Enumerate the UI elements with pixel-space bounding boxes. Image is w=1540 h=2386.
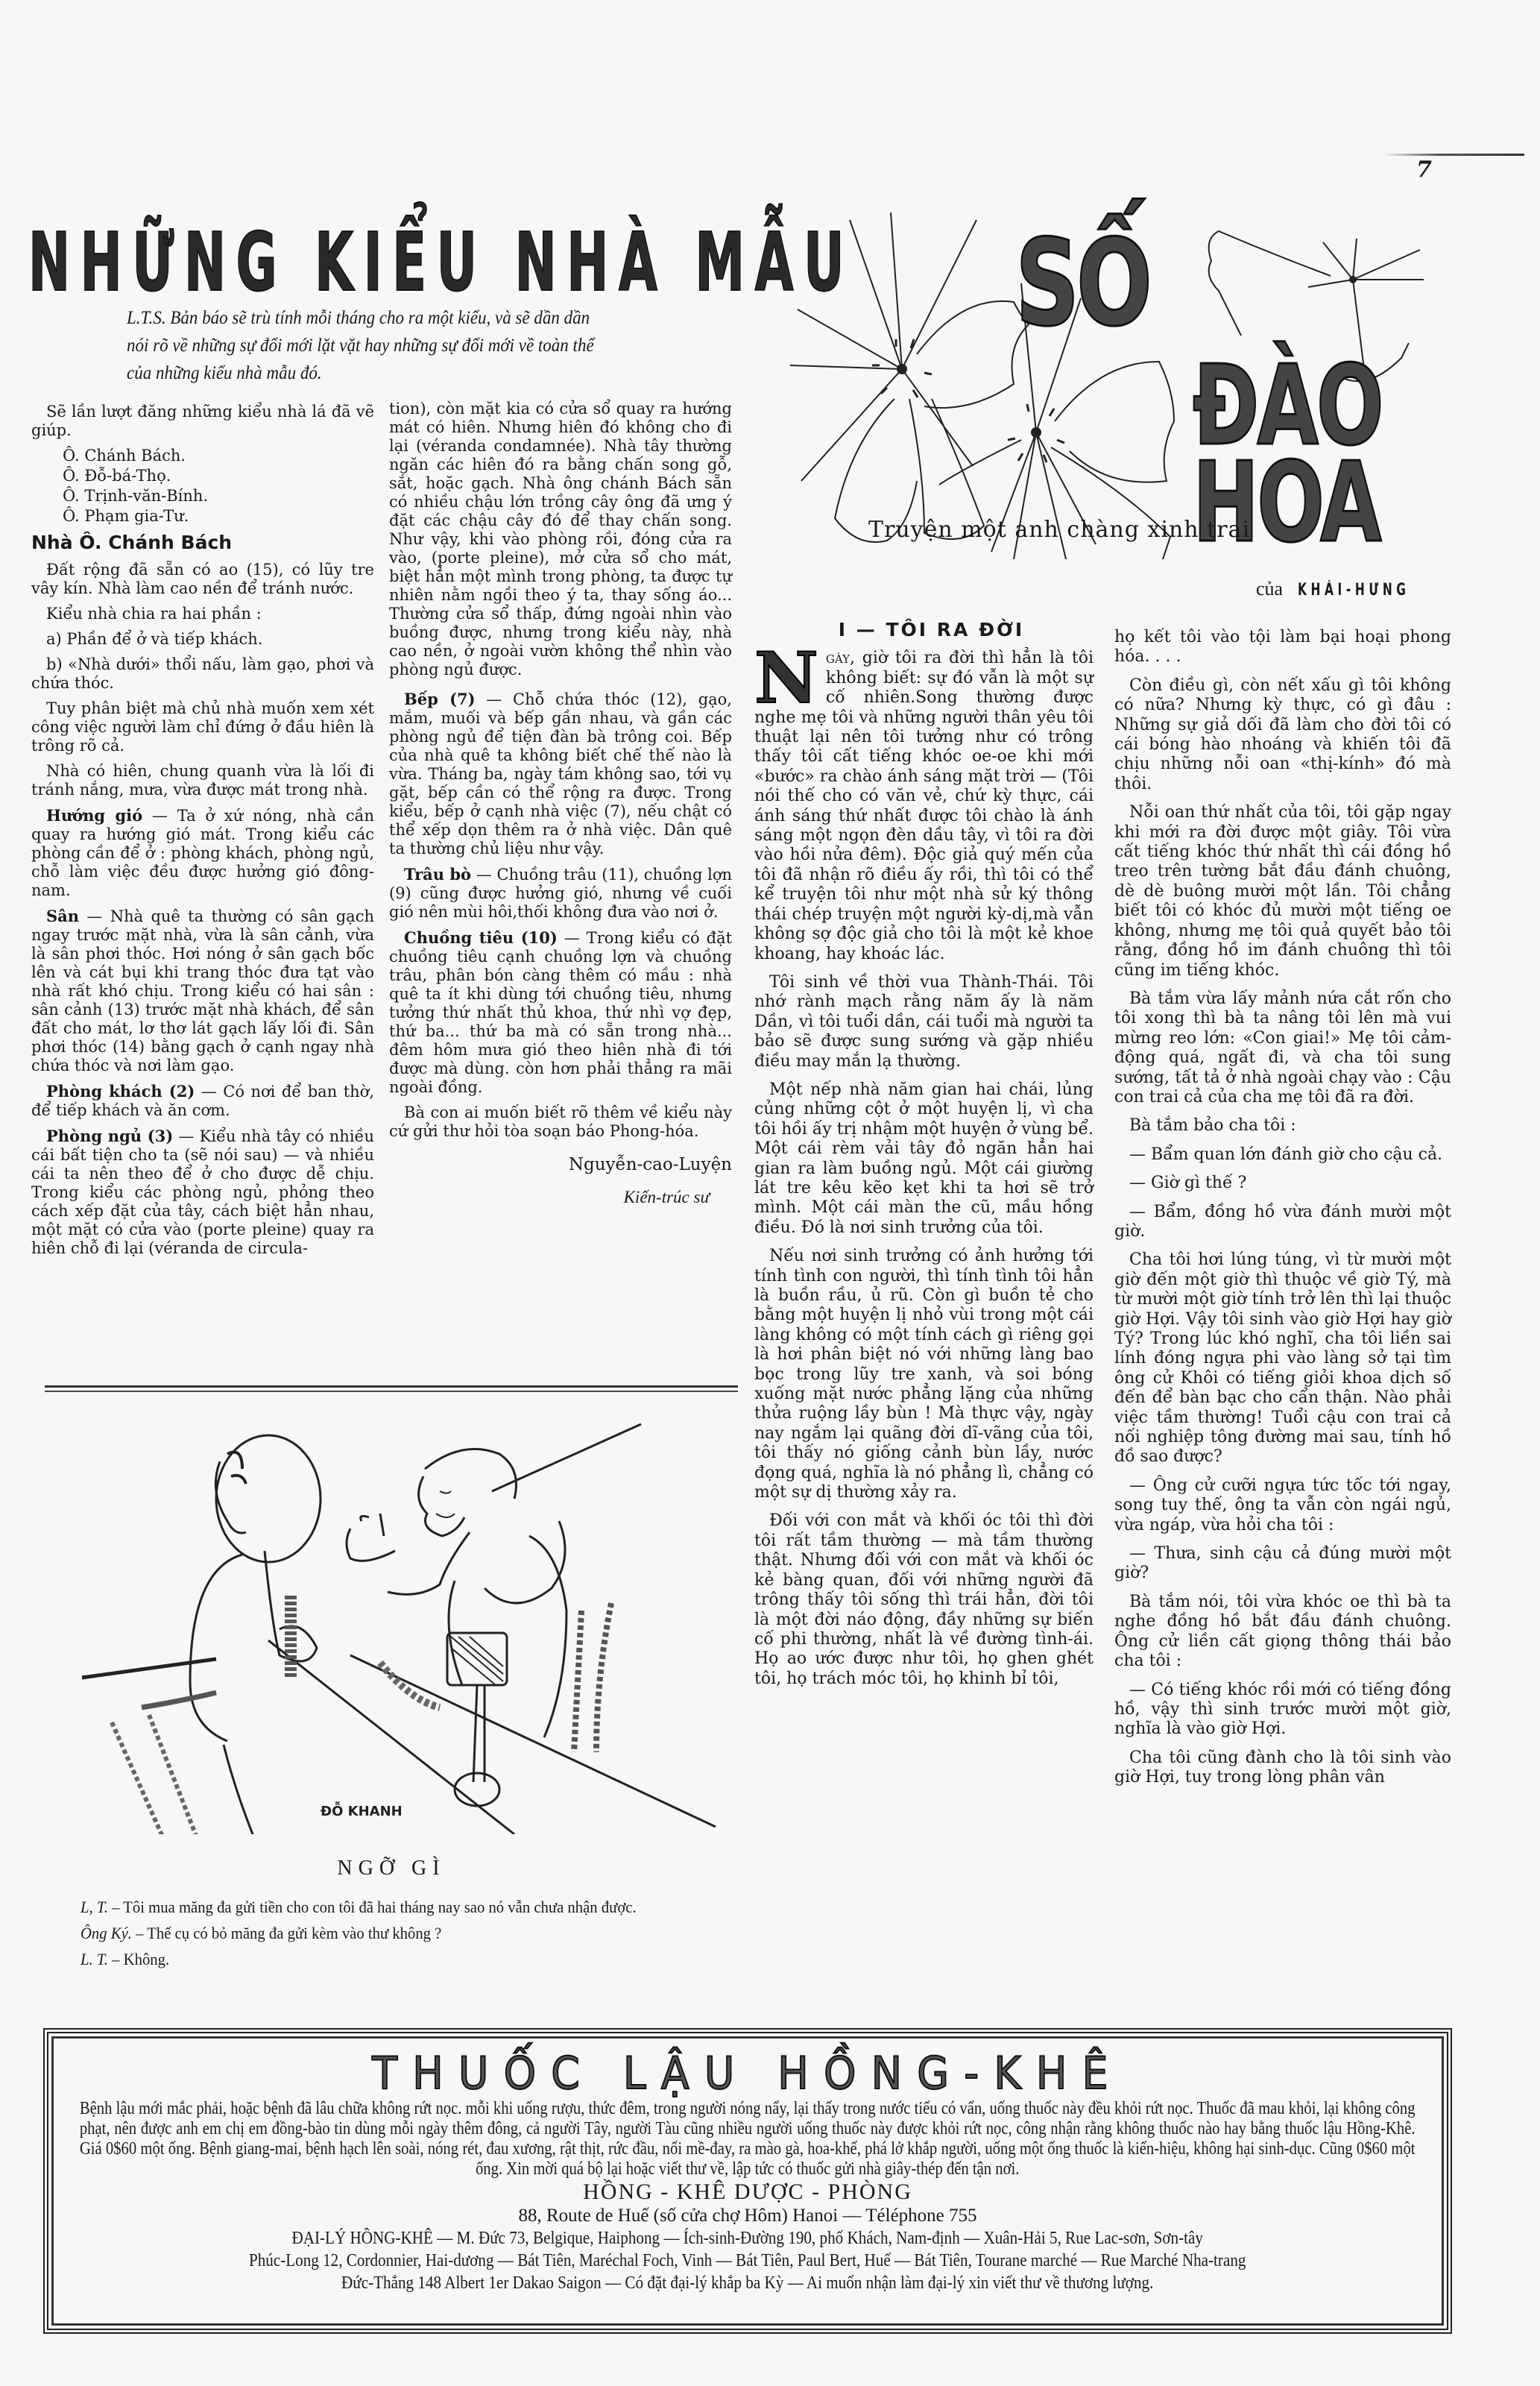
ad-title: THUỐC LẬU HỒNG-KHÊ: [132, 2050, 1363, 2097]
dialog-text: – Không.: [108, 1950, 169, 1968]
cartoon-title: NGỠ GÌ: [45, 1857, 738, 1880]
cartoon-illustration: ĐỖ KHANH: [67, 1409, 723, 1834]
architect-item: Ô. Chánh Bách.: [31, 447, 374, 465]
ad-agents: ĐẠI-LÝ HỒNG-KHÊ — M. Đức 73, Belgique, H…: [76, 2227, 1419, 2294]
paragraph: Ngày, giờ tôi ra đời thì hẳn là tôi khôn…: [754, 649, 1094, 964]
paragraph: Đối với con mắt và khối óc tôi thì đời t…: [754, 1511, 1094, 1689]
paragraph-text: — Nhà quê ta thường có sân gạch ngay trư…: [31, 907, 374, 1074]
paragraph-label: Sân: [46, 907, 79, 925]
paragraph: Bà tắm vừa lấy mảnh nứa cắt rốn cho tôi …: [1114, 989, 1451, 1107]
story-byline: của KHÁI-HƯNG: [1256, 578, 1458, 600]
ad-agents-line: Đức-Thắng 148 Albert 1er Dakao Saigon — …: [76, 2272, 1419, 2294]
paragraph: Nỗi oan thứ nhất của tôi, tôi gặp ngay k…: [1114, 803, 1451, 980]
paragraph: Bà tắm nói, tôi vừa khóc oe thì bà ta ng…: [1114, 1593, 1451, 1672]
editor-note: L.T.S. Bản báo sẽ trù tính mỗi tháng cho…: [127, 304, 607, 387]
paragraph: b) «Nhà dưới» thổi nấu, làm gạo, phơi và…: [31, 655, 374, 693]
story-header-so: SỐ: [1015, 224, 1149, 343]
ad-agents-line: ĐẠI-LÝ HỒNG-KHÊ — M. Đức 73, Belgique, H…: [76, 2227, 1419, 2250]
story-column-2: họ kết tôi vào tội làm bại hoại phong hó…: [1114, 628, 1451, 1797]
byline-prefix: của: [1256, 578, 1283, 599]
author-title: Kiến-trúc sư: [389, 1188, 732, 1206]
paragraph: Cha tôi hơi lúng túng, vì từ mười một gi…: [1114, 1250, 1451, 1467]
story-column-1: I — TÔI RA ĐỜI Ngày, giờ tôi ra đời thì …: [754, 620, 1094, 1698]
paragraph-text: — Kiểu nhà tây có nhiều cái bất tiện cho…: [31, 1127, 374, 1257]
dialog-line: Ông Ký. – Thế cụ có bỏ măng đa gửi kèm v…: [81, 1920, 697, 1946]
dialog-text: – Thế cụ có bỏ măng đa gửi kèm vào thư k…: [132, 1924, 441, 1942]
paragraph: Còn điều gì, còn nết xấu gì tôi không có…: [1114, 676, 1451, 794]
paragraph-label: Phòng khách (2): [46, 1082, 195, 1101]
paragraph: Phòng khách (2) — Có nơi để ban thờ, để …: [31, 1082, 374, 1120]
paragraph-label: Hướng gió: [46, 806, 142, 825]
dialog-line: L. T. – Không.: [81, 1946, 697, 1972]
ad-shop-name: HỒNG - KHÊ DƯỢC - PHÒNG: [78, 2179, 1417, 2205]
paragraph: Kiểu nhà chia ra hai phần :: [31, 605, 374, 623]
paragraph: họ kết tôi vào tội làm bại hoại phong hó…: [1114, 628, 1451, 667]
paragraph: Một nếp nhà năm gian hai chái, lủng củng…: [754, 1080, 1094, 1238]
paragraph-text: — Trong kiểu có đặt chuồng tiêu cạnh chu…: [389, 929, 732, 1096]
paragraph: — Bẩm, đồng hồ vừa đánh mười một giờ.: [1114, 1203, 1451, 1242]
paragraph-label: Phòng ngủ (3): [46, 1127, 173, 1145]
paragraph: Bếp (7) — Chỗ chứa thóc (12), gạo, mắm, …: [389, 690, 732, 858]
author-name: Nguyễn-cao-Luyện: [389, 1156, 732, 1174]
first-word: gày,: [826, 649, 855, 667]
paragraph: a) Phần để ở và tiếp khách.: [31, 630, 374, 649]
paragraph: — Bẩm quan lớn đánh giờ cho cậu cả.: [1114, 1145, 1451, 1165]
paragraph: Đất rộng đã sẵn có ao (15), có lũy tre v…: [31, 561, 374, 598]
advertisement-box: THUỐC LẬU HỒNG-KHÊ Bệnh lậu mới mắc phải…: [43, 2028, 1452, 2334]
ad-agents-line: Phúc-Long 12, Cordonnier, Hai-dương — Bá…: [76, 2250, 1419, 2272]
dialog-line: L, T. – Tôi mua măng đa gửi tiền cho con…: [81, 1894, 697, 1920]
article-title: NHỮNG KIỂU NHÀ MẪU: [28, 216, 854, 309]
ad-body: Bệnh lậu mới mắc phải, hoặc bệnh đã lâu …: [80, 2099, 1416, 2179]
drop-cap: N: [754, 650, 818, 707]
architect-item: Ô. Phạm gia-Tư.: [31, 507, 374, 526]
paragraph: Chuồng tiêu (10) — Trong kiểu có đặt chu…: [389, 928, 732, 1097]
paragraph: — Ông cử cưỡi ngựa tức tốc tới ngay, son…: [1114, 1476, 1451, 1535]
paragraph-label: Bếp (7): [404, 690, 476, 708]
ad-address: 88, Route de Huế (số cửa chợ Hôm) Hanoi …: [78, 2205, 1417, 2227]
cartoon-signature: ĐỖ KHANH: [321, 1801, 403, 1819]
paragraph: Cha tôi cũng đành cho là tôi sinh vào gi…: [1114, 1748, 1451, 1788]
story-subtitle: Truyện một anh chàng xinh trai: [868, 517, 1250, 543]
dialog-speaker: L, T.: [81, 1898, 108, 1916]
paragraph: Sân — Nhà quê ta thường có sân gạch ngay…: [31, 907, 374, 1075]
article-column-2: tion), còn mặt kia có cửa sổ quay ra hướ…: [389, 400, 732, 1213]
paragraph-text: — Chỗ chứa thóc (12), gạo, mắm, muối và …: [389, 690, 732, 857]
architect-item: Ô. Đỗ-bá-Thọ.: [31, 467, 374, 485]
paragraph: Tôi sinh về thời vua Thành-Thái. Tôi nhớ…: [754, 973, 1094, 1071]
paragraph: Nhà có hiên, chung quanh vừa là lối đi t…: [31, 762, 374, 799]
paragraph: — Có tiếng khóc rồi mới có tiếng đồng hồ…: [1114, 1681, 1451, 1740]
architect-item: Ô. Trịnh-văn-Bính.: [31, 487, 374, 506]
paragraph-label: Chuồng tiêu (10): [404, 928, 558, 947]
paragraph: tion), còn mặt kia có cửa sổ quay ra hướ…: [389, 400, 732, 679]
dialog-text: – Tôi mua măng đa gửi tiền cho con tôi đ…: [108, 1898, 637, 1916]
paragraph: Bà tắm bảo cha tôi :: [1114, 1116, 1451, 1136]
paragraph: Hướng gió — Ta ở xứ nóng, nhà cần quay r…: [31, 806, 374, 900]
paragraph: Trâu bò — Chuồng trâu (11), chuồng lợn (…: [389, 865, 732, 922]
paragraph: Phòng ngủ (3) — Kiểu nhà tây có nhiều cá…: [31, 1127, 374, 1258]
cartoon-dialog: L, T. – Tôi mua măng đa gửi tiền cho con…: [81, 1894, 697, 1972]
paragraph: Bà con ai muốn biết rõ thêm về kiểu này …: [389, 1104, 732, 1141]
page-number: 7: [1416, 157, 1432, 183]
paragraph: Tuy phân biệt mà chủ nhà muốn xem xét cô…: [31, 699, 374, 755]
section-divider: [45, 1385, 738, 1392]
paragraph: — Thưa, sinh cậu cả đúng mười một giờ?: [1114, 1544, 1451, 1584]
dialog-speaker: L. T.: [81, 1950, 108, 1968]
paragraph: — Giờ gì thế ?: [1114, 1174, 1451, 1193]
page-top-rule: [1383, 154, 1524, 156]
byline-author: KHÁI-HƯNG: [1298, 581, 1410, 599]
article-column-1: Sẽ lần lượt đăng những kiểu nhà lá đã vẽ…: [31, 403, 374, 1265]
article-subhead: Nhà Ô. Chánh Bách: [31, 533, 374, 552]
paragraph: Nếu nơi sinh trưởng có ảnh hưởng tới tín…: [754, 1247, 1094, 1502]
dialog-speaker: Ông Ký.: [81, 1924, 132, 1942]
paragraph-label: Trâu bò: [404, 865, 471, 884]
intro-paragraph: Sẽ lần lượt đăng những kiểu nhà lá đã vẽ…: [31, 403, 374, 440]
